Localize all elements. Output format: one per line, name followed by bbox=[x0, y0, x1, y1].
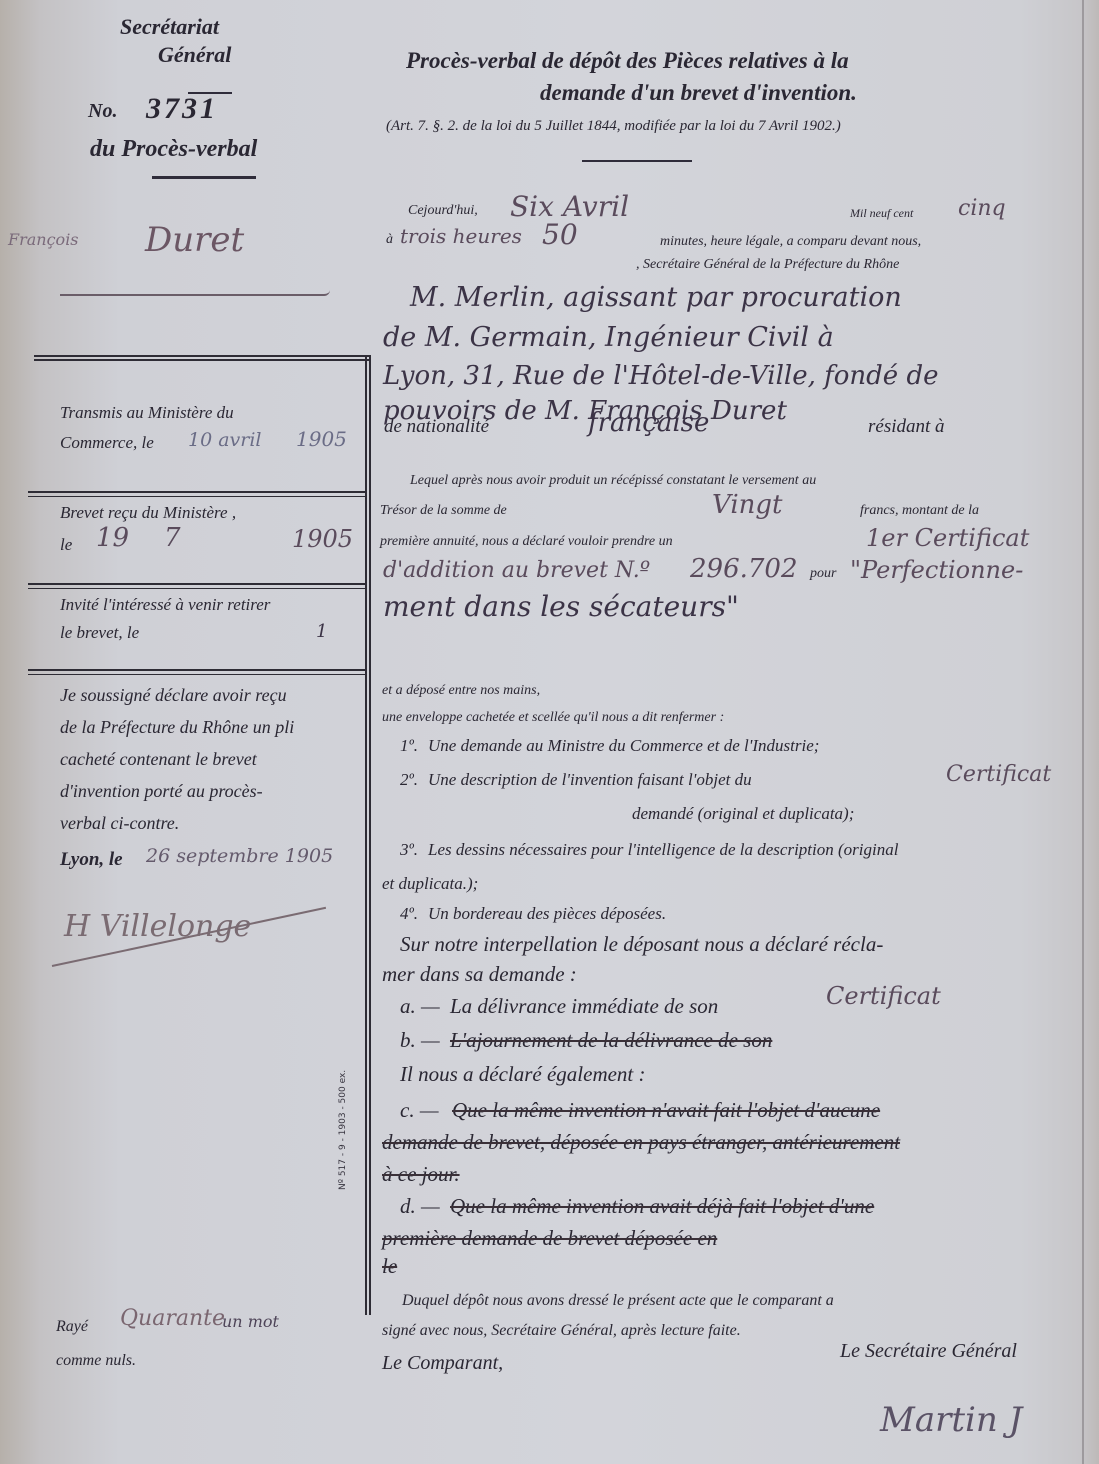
date-prefix: Cejourd'hui, bbox=[408, 203, 478, 219]
deposit-item2-num: 2º. bbox=[400, 770, 418, 790]
deposit-item4: Un bordereau des pièces déposées. bbox=[428, 904, 666, 924]
interpellation-line1: Sur notre interpellation le déposant nou… bbox=[400, 932, 883, 957]
title-underline bbox=[582, 160, 692, 162]
deposit-item2: Une description de l'invention faisant l… bbox=[428, 770, 752, 790]
deposit-item3: Les dessins nécessaires pour l'intellige… bbox=[428, 840, 898, 860]
cell3-value: 1 bbox=[316, 621, 327, 642]
option-d-text3-struck: le bbox=[382, 1254, 397, 1279]
cell1-line2: Commerce, le bbox=[60, 433, 154, 453]
receipt-signature: H Villelonge bbox=[64, 909, 251, 944]
year-prefix: Mil neuf cent bbox=[850, 206, 913, 221]
secretariat-label: Secrétariat bbox=[120, 14, 219, 40]
secretary-signatory-label: Le Secrétaire Général bbox=[840, 1340, 1017, 1363]
box-right-rule bbox=[365, 355, 371, 1315]
handwritten-year: cinq bbox=[958, 196, 1006, 221]
receipt-line3: cacheté contenant le brevet bbox=[60, 749, 257, 770]
addition-text: d'addition au brevet N.º bbox=[383, 558, 650, 583]
handwritten-minutes: 50 bbox=[542, 218, 578, 251]
time-suffix: minutes, heure légale, a comparu devant … bbox=[660, 234, 921, 250]
option-a-label: a. — bbox=[400, 994, 440, 1019]
nationality-label: de nationalité bbox=[384, 416, 489, 438]
appearer-line2: de M. Germain, Ingénieur Civil à bbox=[383, 322, 834, 353]
number-label: No. bbox=[88, 100, 117, 123]
patent-number: 296.702 bbox=[690, 554, 798, 584]
invention-title-a: "Perfectionne- bbox=[850, 556, 1023, 584]
appearer-line1: M. Merlin, agissant par procuration bbox=[410, 282, 902, 313]
cell2-month: 7 bbox=[164, 523, 181, 553]
box-separator-3 bbox=[28, 669, 365, 675]
deposit-item1-num: 1º. bbox=[400, 736, 418, 756]
document-title-line1: Procès-verbal de dépôt des Pièces relati… bbox=[406, 48, 849, 74]
deposit-item1: Une demande au Ministre du Commerce et d… bbox=[428, 736, 819, 756]
invention-title-b: ment dans les sécateurs" bbox=[383, 590, 739, 623]
option-b-label: b. — bbox=[400, 1028, 440, 1053]
option-a-handwritten: Certificat bbox=[826, 982, 941, 1010]
certificate-request: 1er Certificat bbox=[866, 524, 1029, 552]
receipt-line5: verbal ci-contre. bbox=[60, 813, 179, 834]
option-d-label: d. — bbox=[400, 1194, 440, 1219]
residing-label: résidant à bbox=[868, 416, 945, 438]
proces-verbal-number: 3731 bbox=[146, 92, 218, 126]
erasure-prefix: Rayé bbox=[56, 1318, 88, 1336]
applicant-first-name: François bbox=[8, 230, 79, 249]
legal-reference: (Art. 7. §. 2. de la loi du 5 Juillet 18… bbox=[386, 118, 841, 135]
cell2-year: 1905 bbox=[292, 525, 353, 553]
payment-line3-prefix: première annuité, nous a déclaré vouloir… bbox=[380, 534, 673, 550]
payment-line1: Lequel après nous avoir produit un récép… bbox=[410, 473, 816, 489]
receipt-line4: d'invention porté au procès- bbox=[60, 781, 263, 802]
interpellation-line2: mer dans sa demande : bbox=[382, 962, 577, 987]
secretary-signature: Martin J bbox=[880, 1400, 1022, 1440]
option-c-text2-struck: demande de brevet, déposée en pays étran… bbox=[382, 1130, 900, 1155]
erasure-count: un mot bbox=[222, 1312, 279, 1331]
payment-line2-suffix: francs, montant de la bbox=[860, 503, 979, 519]
closing-line1: Duquel dépôt nous avons dressé le présen… bbox=[402, 1292, 834, 1310]
box-top-rule bbox=[34, 355, 369, 361]
option-c-label: c. — bbox=[400, 1098, 439, 1123]
pour-label: pour bbox=[810, 566, 836, 582]
closing-line2: signé avec nous, Secrétaire Général, apr… bbox=[382, 1322, 741, 1340]
appearer-line3: Lyon, 31, Rue de l'Hôtel-de-Ville, fondé… bbox=[383, 361, 938, 391]
receipt-date: 26 septembre 1905 bbox=[146, 845, 333, 867]
also-declared-line: Il nous a déclaré également : bbox=[400, 1062, 646, 1087]
cell2-day: 19 bbox=[96, 523, 129, 553]
cell3-line2: le brevet, le bbox=[60, 623, 139, 643]
deposit-item3-num: 3º. bbox=[400, 840, 418, 860]
cell1-date: 10 avril bbox=[188, 429, 262, 451]
header-underline bbox=[152, 176, 256, 179]
page-edge bbox=[1082, 0, 1084, 1464]
receipt-line2: de la Préfecture du Rhône un pli bbox=[60, 717, 294, 738]
margin-box: Transmis au Ministère du Commerce, le 10… bbox=[34, 355, 369, 1075]
cell1-year: 1905 bbox=[296, 427, 347, 451]
option-d-text2-struck: première demande de brevet déposée en bbox=[382, 1226, 717, 1251]
deposit-item3-cont: et duplicata.); bbox=[382, 874, 478, 894]
appearer-signatory-label: Le Comparant, bbox=[382, 1352, 503, 1375]
deposit-item2-cont: demandé (original et duplicata); bbox=[632, 804, 854, 824]
deposit-item2-handwritten: Certificat bbox=[946, 762, 1051, 787]
box-separator-2 bbox=[28, 583, 365, 589]
printer-mark: Nº 517 - 9 - 1903 - 500 ex. bbox=[338, 1070, 348, 1190]
nationality-value: française bbox=[588, 408, 709, 438]
deposit-line1: et a déposé entre nos mains, bbox=[382, 683, 540, 699]
cell2-line2: le bbox=[60, 535, 72, 555]
payment-amount: Vingt bbox=[712, 490, 782, 520]
option-d-text1-struck: Que la même invention avait déjà fait l'… bbox=[450, 1194, 874, 1219]
option-b-text-struck: L'ajournement de la délivrance de son bbox=[450, 1028, 772, 1053]
deposit-line2: une enveloppe cachetée et scellée qu'il … bbox=[382, 710, 724, 726]
handwritten-hour: trois heures bbox=[400, 224, 522, 248]
applicant-last-name: Duret bbox=[145, 220, 244, 260]
deposit-item4-num: 4º. bbox=[400, 904, 418, 924]
general-label: Général bbox=[158, 42, 231, 68]
name-flourish bbox=[60, 290, 330, 296]
proces-verbal-label: du Procès-verbal bbox=[90, 136, 257, 163]
option-a-text: La délivrance immédiate de son bbox=[450, 994, 718, 1019]
erasure-word: Quarante bbox=[120, 1306, 225, 1331]
time-prefix: à bbox=[386, 232, 393, 248]
option-c-text1-struck: Que la même invention n'avait fait l'obj… bbox=[452, 1098, 880, 1123]
official-line: , Secrétaire Général de la Préfecture du… bbox=[636, 257, 899, 273]
cell2-line1: Brevet reçu du Ministère , bbox=[60, 503, 236, 523]
cell3-line1: Invité l'intéressé à venir retirer bbox=[60, 595, 270, 615]
cell1-line1: Transmis au Ministère du bbox=[60, 403, 234, 423]
document-title-line2: demande d'un brevet d'invention. bbox=[540, 80, 857, 106]
receipt-place: Lyon, le bbox=[60, 849, 123, 871]
box-separator-1 bbox=[28, 491, 365, 497]
number-overline bbox=[188, 92, 232, 94]
option-c-text3-struck: à ce jour. bbox=[382, 1162, 460, 1187]
erasure-suffix: comme nuls. bbox=[56, 1352, 136, 1370]
receipt-line1: Je soussigné déclare avoir reçu bbox=[60, 685, 287, 706]
payment-line2-prefix: Trésor de la somme de bbox=[380, 503, 507, 519]
